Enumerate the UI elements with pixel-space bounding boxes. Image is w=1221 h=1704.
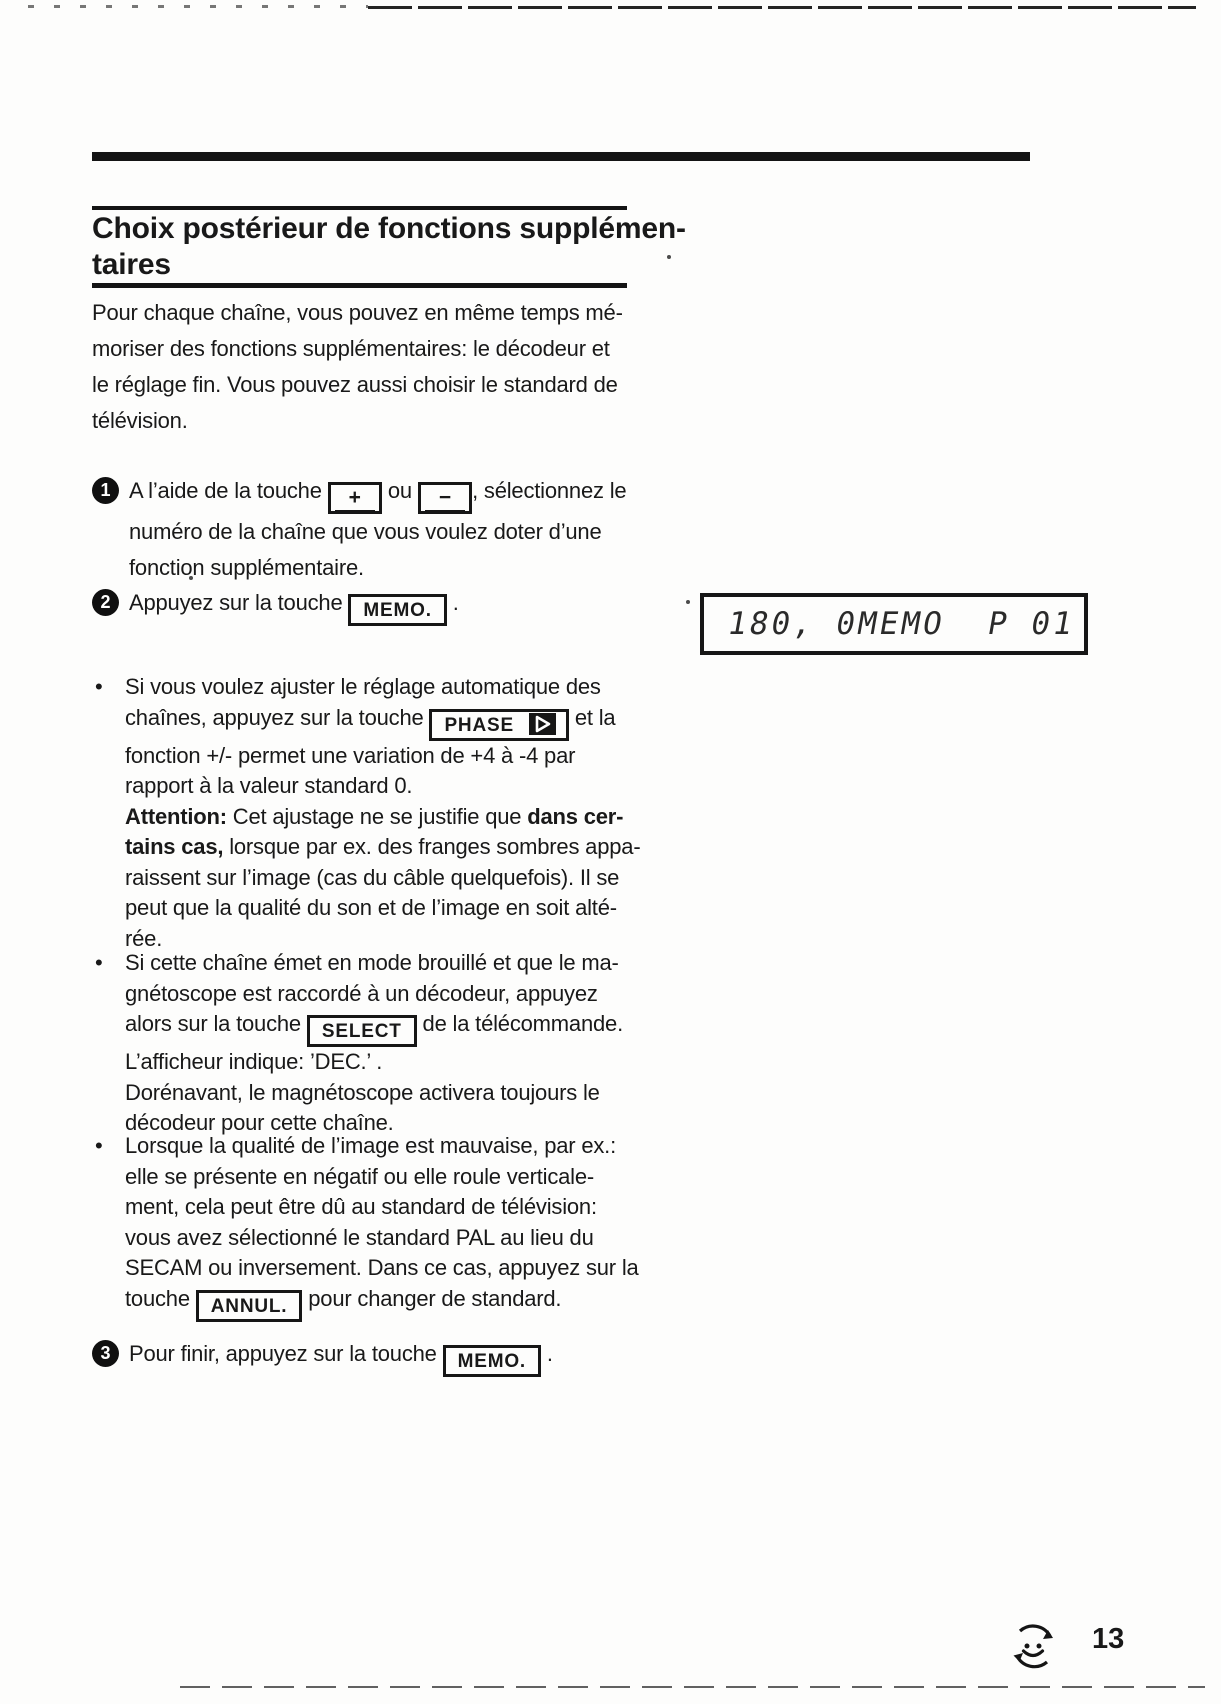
- step-2: 2 Appuyez sur la touche MEMO. .: [92, 585, 459, 626]
- scan-edge-line-top-left: [28, 5, 368, 8]
- scan-edge-line-bottom: [180, 1686, 1205, 1688]
- front-panel-display: 180, 0 MEMO P 01: [700, 593, 1088, 655]
- bullet-phase-adjust: • Si vous voulez ajuster le réglage auto…: [95, 672, 640, 954]
- bullet-tv-standard: • Lorsque la qualité de l’image est mauv…: [95, 1131, 639, 1322]
- plus-key: +: [328, 482, 382, 514]
- bullet-marker: •: [95, 672, 125, 702]
- minus-key: −: [418, 482, 472, 514]
- display-memo-program-readout: MEMO P 01: [855, 606, 1078, 642]
- intro-paragraph: Pour chaque chaîne, vous pouvez en même …: [92, 295, 623, 439]
- page-number: 13: [1092, 1623, 1124, 1656]
- step-3: 3 Pour finir, appuyez sur la touche MEMO…: [92, 1336, 553, 1377]
- bullet-3-text-a: Lorsque la qualité de l’image est mauvai…: [125, 1133, 639, 1311]
- manual-page: Choix postérieur de fonctions supplémen-…: [0, 0, 1221, 1704]
- title-rule-top: [92, 206, 627, 210]
- bullet-tv-standard-text: Lorsque la qualité de l’image est mauvai…: [125, 1131, 639, 1322]
- step-2-badge: 2: [92, 589, 119, 616]
- scan-speck: [667, 255, 671, 259]
- select-key: SELECT: [307, 1015, 417, 1047]
- scan-edge-line-top: [368, 6, 1196, 9]
- memo-key: MEMO.: [443, 1345, 541, 1377]
- bullet-3-text-b: pour changer de standard.: [302, 1286, 561, 1311]
- bullet-phase-adjust-text: Si vous voulez ajuster le réglage automa…: [125, 672, 640, 954]
- step-1-text-b: ou: [382, 478, 418, 503]
- memo-key: MEMO.: [348, 594, 446, 626]
- annul-key-label: ANNUL.: [208, 1296, 291, 1321]
- step-3-text-a: Pour finir, appuyez sur la touche: [129, 1341, 443, 1366]
- bullet-decoder: • Si cette chaîne émet en mode brouillé …: [95, 948, 623, 1139]
- title-rule-bottom: [92, 283, 627, 288]
- step-1: 1 A l’aide de la touche + ou −, sélectio…: [92, 473, 626, 586]
- plus-key-label: +: [335, 487, 375, 512]
- phase-key-label: PHASE: [441, 715, 516, 740]
- bullet-marker: •: [95, 1131, 125, 1161]
- step-1-badge: 1: [92, 477, 119, 504]
- step-2-text: Appuyez sur la touche MEMO. .: [129, 585, 459, 626]
- bullet-marker: •: [95, 948, 125, 978]
- bullet-decoder-text: Si cette chaîne émet en mode brouillé et…: [125, 948, 623, 1139]
- scan-speck: [686, 600, 690, 604]
- recycle-smiley-icon: [1006, 1619, 1060, 1673]
- scan-speck: [189, 576, 193, 580]
- select-key-label: SELECT: [319, 1021, 405, 1046]
- step-3-text-b: .: [541, 1341, 553, 1366]
- step-2-text-b: .: [447, 590, 459, 615]
- step-1-text: A l’aide de la touche + ou −, sélectionn…: [129, 473, 626, 586]
- step-3-badge: 3: [92, 1340, 119, 1367]
- step-1-text-a: A l’aide de la touche: [129, 478, 328, 503]
- phase-key: PHASE: [429, 709, 568, 741]
- fast-forward-icon: [529, 713, 556, 735]
- attention-label: Attention:: [125, 804, 227, 829]
- memo-key-label: MEMO.: [360, 600, 434, 625]
- step-3-text: Pour finir, appuyez sur la touche MEMO. …: [129, 1336, 553, 1377]
- bullet-1-text-c: Cet ajustage ne se justifie que: [227, 804, 527, 829]
- section-top-rule: [92, 152, 1030, 161]
- memo-key-label: MEMO.: [455, 1351, 529, 1376]
- annul-key: ANNUL.: [196, 1290, 303, 1322]
- minus-key-label: −: [425, 487, 465, 512]
- step-2-text-a: Appuyez sur la touche: [129, 590, 348, 615]
- page-title: Choix postérieur de fonctions supplémen-…: [92, 211, 692, 283]
- display-frequency-readout: 180, 0: [725, 606, 861, 642]
